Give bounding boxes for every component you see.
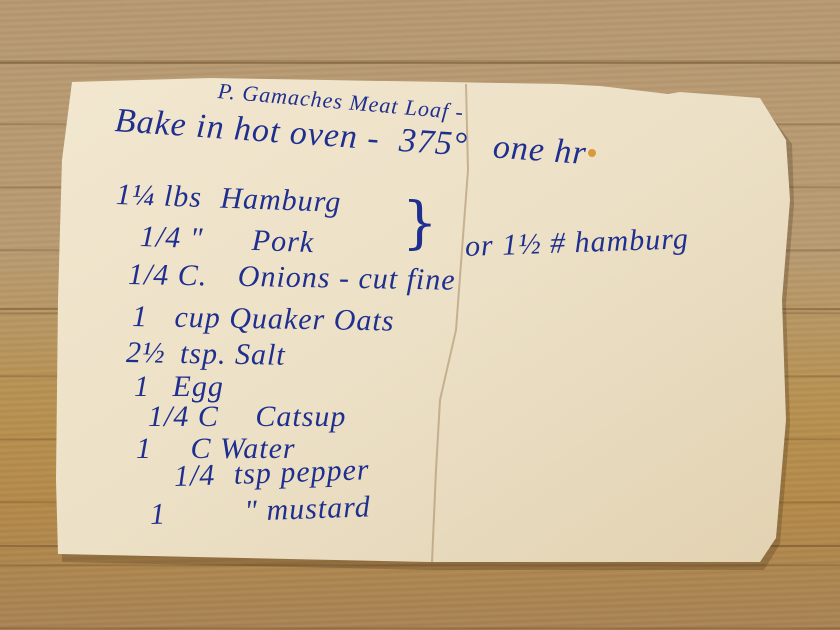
ingredient-item: Hamburg [220, 182, 342, 219]
ingredient-egg: 1 Egg [134, 370, 224, 404]
ingredient-qty: 1 [134, 370, 150, 403]
bake-time: one hr [492, 128, 588, 171]
oven-temperature: 375° [398, 122, 469, 164]
ingredient-onions: 1/4 C. Onions - cut fine [128, 258, 456, 298]
ingredient-item: tsp. Salt [180, 337, 286, 372]
brace-icon: } [402, 196, 438, 252]
ingredient-qty: 1 [149, 497, 166, 531]
ingredient-item: " mustard [244, 490, 371, 527]
ingredient-pepper: 1/4 tsp pepper [173, 453, 370, 494]
ingredient-pork: 1/4 " Pork [139, 220, 314, 260]
ingredient-item: Egg [173, 370, 224, 403]
ingredient-qty: 1/4 C [148, 400, 219, 433]
ingredient-oats: 1 cup Quaker Oats [132, 300, 395, 339]
ingredient-qty: 1¼ lbs [115, 178, 202, 214]
ingredient-catsup: 1/4 C Catsup [148, 400, 346, 434]
ingredient-qty: 1/4 C. [128, 258, 208, 292]
ingredient-salt: 2½ tsp. Salt [126, 336, 286, 373]
ingredient-item: Pork [251, 224, 314, 259]
ingredient-item: tsp pepper [233, 453, 370, 491]
ingredient-item: Catsup [255, 400, 346, 433]
ingredient-item: cup Quaker Oats [174, 301, 395, 338]
ingredient-qty: 2½ [126, 336, 166, 370]
paper-shape [0, 0, 840, 630]
ingredient-qty: 1 [136, 432, 152, 465]
recipe-card: P. Gamaches Meat Loaf - Bake in hot oven… [0, 0, 840, 630]
ingredient-qty: 1/4 " [139, 220, 204, 255]
ingredient-qty: 1 [132, 300, 149, 333]
ingredient-item: Onions - cut fine [238, 260, 456, 297]
ingredient-qty: 1/4 [173, 459, 215, 493]
